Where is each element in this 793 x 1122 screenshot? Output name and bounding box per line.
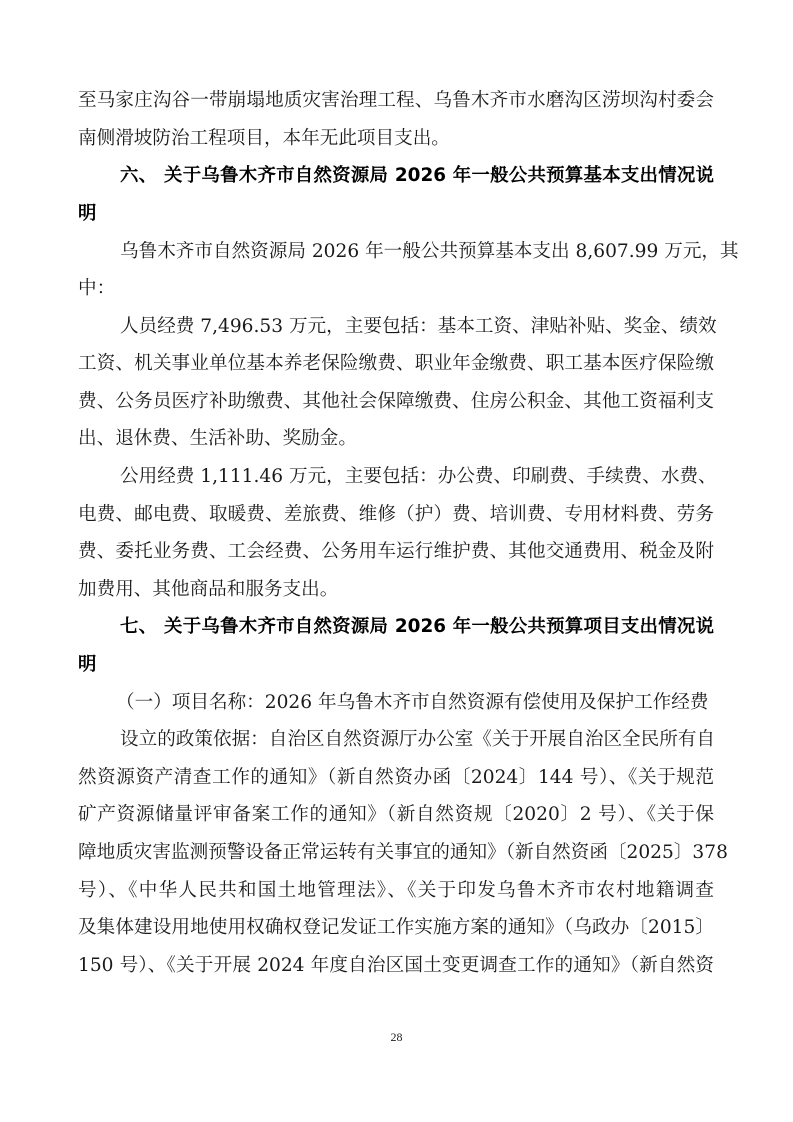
policy-basis-line: 及集体建设用地使用权确权登记发证工作实施方案的通知》（乌政办〔2015〕 [78,913,714,943]
policy-basis-line: 150 号）、《关于开展 2024 年度自治区国土变更调查工作的通知》（新自然资 [78,951,714,981]
project-name-line: （一）项目名称：2026 年乌鲁木齐市自然资源有偿使用及保护工作经费 [116,688,700,718]
section-heading: 明 [78,199,714,229]
section-heading: 六、 关于乌鲁木齐市自然资源局 2026 年一般公共预算基本支出情况说 [120,161,714,191]
personnel-expense-line: 工资、机关事业单位基本养老保险缴费、职业年金缴费、职工基本医疗保险缴 [78,349,714,379]
personnel-expense-line: 费、公务员医疗补助缴费、其他社会保障缴费、住房公积金、其他工资福利支 [78,387,714,417]
page-number: 28 [0,1030,793,1045]
document-page: 至马家庄沟谷一带崩塌地质灾害治理工程、乌鲁木齐市水磨沟区涝坝沟村委会 南侧滑坡防… [0,0,793,1122]
personnel-expense-line: 人员经费 7,496.53 万元，主要包括：基本工资、津贴补贴、奖金、绩效 [120,312,714,342]
section-heading: 七、 关于乌鲁木齐市自然资源局 2026 年一般公共预算项目支出情况说 [120,612,714,642]
policy-basis-line: 障地质灾害监测预警设备正常运转有关事宜的通知》（新自然资函〔2025〕378 [78,838,714,868]
personnel-expense-line: 出、退休费、生活补助、奖励金。 [78,424,714,454]
policy-basis-line: 设立的政策依据：自治区自然资源厅办公室《关于开展自治区全民所有自 [120,725,714,755]
policy-basis-line: 矿产资源储量评审备案工作的通知》（新自然资规〔2020〕2 号）、《关于保 [78,800,714,830]
section-heading: 明 [78,650,714,680]
policy-basis-line: 然资源资产清查工作的通知》（新自然资办函〔2024〕144 号）、《关于规范 [78,763,714,793]
paragraph-line: 南侧滑坡防治工程项目，本年无此项目支出。 [78,124,714,154]
public-expense-line: 加费用、其他商品和服务支出。 [78,575,714,605]
summary-line: 中： [78,274,714,304]
public-expense-line: 公用经费 1,111.46 万元，主要包括：办公费、印刷费、手续费、水费、 [120,462,714,492]
public-expense-line: 电费、邮电费、取暖费、差旅费、维修（护）费、培训费、专用材料费、劳务 [78,500,714,530]
paragraph-line: 至马家庄沟谷一带崩塌地质灾害治理工程、乌鲁木齐市水磨沟区涝坝沟村委会 [78,86,714,116]
summary-line: 乌鲁木齐市自然资源局 2026 年一般公共预算基本支出 8,607.99 万元，… [120,237,714,267]
policy-basis-line: 号）、《中华人民共和国土地管理法》、《关于印发乌鲁木齐市农村地籍调查 [78,876,714,906]
public-expense-line: 费、委托业务费、工会经费、公务用车运行维护费、其他交通费用、税金及附 [78,537,714,567]
